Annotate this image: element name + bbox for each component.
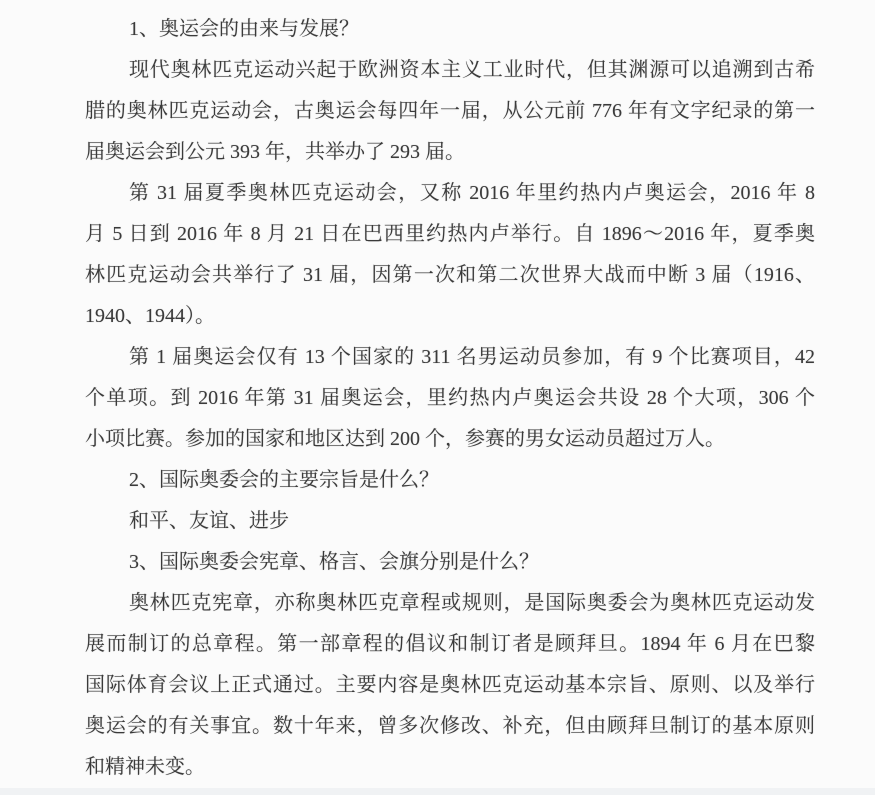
document-text-block: 1、奥运会的由来与发展？现代奥林匹克运动兴起于欧洲资本主义工业时代，但其渊源可以… <box>85 9 815 788</box>
text-line: 展而制订的总章程。第一部章程的倡议和制订者是顾拜旦。1894 年 6 月在巴黎 <box>85 624 815 665</box>
page-bottom-edge <box>0 788 875 795</box>
text-line: 国际体育会议上正式通过。主要内容是奥林匹克运动基本宗旨、原则、以及举行 <box>85 665 815 706</box>
text-line: 和精神未变。 <box>85 747 815 788</box>
text-line: 1940、1944）。 <box>85 296 815 337</box>
text-line: 林匹克运动会共举行了 31 届，因第一次和第二次世界大战而中断 3 届（1916… <box>85 255 815 296</box>
text-line: 现代奥林匹克运动兴起于欧洲资本主义工业时代，但其渊源可以追溯到古希 <box>85 50 815 91</box>
text-line: 奥运会的有关事宜。数十年来，曾多次修改、补充，但由顾拜旦制订的基本原则 <box>85 706 815 747</box>
document-page: 1、奥运会的由来与发展？现代奥林匹克运动兴起于欧洲资本主义工业时代，但其渊源可以… <box>0 0 875 795</box>
text-line: 和平、友谊、进步 <box>85 501 815 542</box>
text-line: 2、国际奥委会的主要宗旨是什么？ <box>85 460 815 501</box>
text-line: 届奥运会到公元 393 年，共举办了 293 届。 <box>85 132 815 173</box>
text-line: 第 1 届奥运会仅有 13 个国家的 311 名男运动员参加，有 9 个比赛项目… <box>85 337 815 378</box>
text-line: 个单项。到 2016 年第 31 届奥运会，里约热内卢奥运会共设 28 个大项，… <box>85 378 815 419</box>
text-line: 月 5 日到 2016 年 8 月 21 日在巴西里约热内卢举行。自 1896～… <box>85 214 815 255</box>
text-line: 1、奥运会的由来与发展？ <box>85 9 815 50</box>
text-line: 第 31 届夏季奥林匹克运动会，又称 2016 年里约热内卢奥运会，2016 年… <box>85 173 815 214</box>
text-line: 3、国际奥委会宪章、格言、会旗分别是什么？ <box>85 542 815 583</box>
text-line: 奥林匹克宪章，亦称奥林匹克章程或规则，是国际奥委会为奥林匹克运动发 <box>85 583 815 624</box>
text-line: 腊的奥林匹克运动会，古奥运会每四年一届，从公元前 776 年有文字纪录的第一 <box>85 91 815 132</box>
text-line: 小项比赛。参加的国家和地区达到 200 个，参赛的男女运动员超过万人。 <box>85 419 815 460</box>
